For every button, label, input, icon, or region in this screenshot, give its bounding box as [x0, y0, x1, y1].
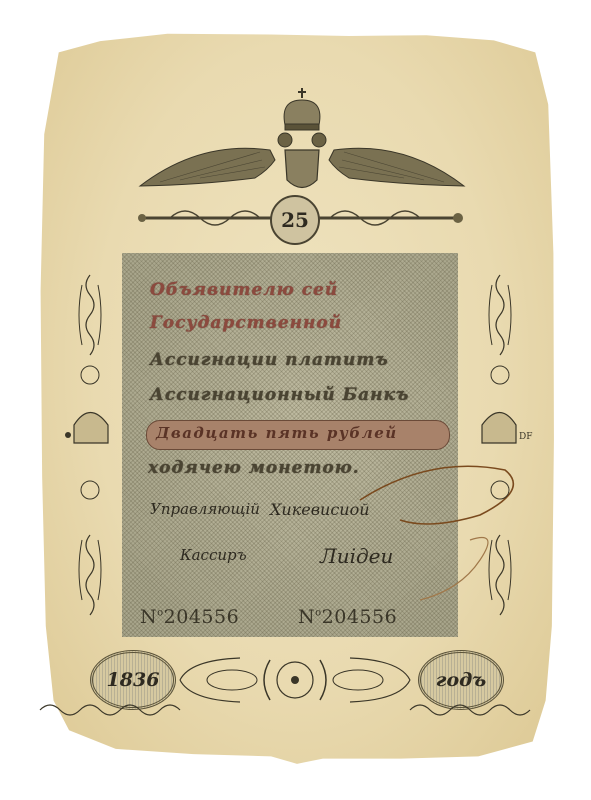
- left-crown-ornament-icon: [60, 265, 120, 625]
- side-mark: DF: [519, 432, 532, 442]
- serial-number-left: No204556: [140, 606, 239, 628]
- year-word-text: годъ: [436, 669, 486, 691]
- right-crown-ornament-icon: [470, 265, 530, 625]
- serial-number-right: No204556: [298, 606, 397, 628]
- year-text: 1836: [107, 669, 160, 691]
- bottom-wave-ornament: [40, 700, 560, 720]
